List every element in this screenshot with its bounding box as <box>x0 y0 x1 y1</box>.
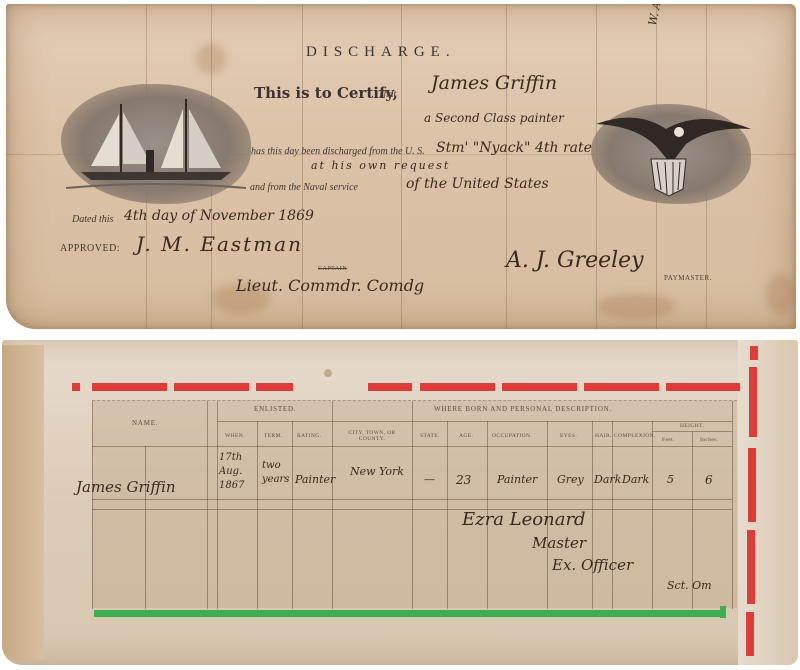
stain <box>196 44 226 74</box>
red-border-segment <box>72 383 80 391</box>
paymaster-label: PAYMASTER. <box>664 274 712 282</box>
header-eyes: EYES. <box>560 433 577 439</box>
red-border-segment <box>92 383 167 391</box>
grid-line <box>257 421 258 609</box>
annotation-title: Ex. Officer <box>552 556 633 574</box>
eagle-engraving <box>591 104 751 204</box>
red-border-segment <box>584 383 659 391</box>
red-border-segment <box>256 383 293 391</box>
grid-line <box>612 421 613 609</box>
cell-name: James Griffin <box>76 478 176 496</box>
cell-complexion: Dark <box>622 473 649 486</box>
header-term: TERM. <box>264 433 283 439</box>
discharged-text: has this day been discharged from the U.… <box>251 146 425 157</box>
red-border-segment <box>748 448 756 522</box>
header-name: NAME. <box>132 419 158 427</box>
punch-hole <box>324 369 332 377</box>
header-hair: HAIR. <box>595 433 612 439</box>
cell-height-inches: 6 <box>705 473 713 487</box>
red-border-segment <box>747 530 755 604</box>
naval-service-text: and from the Naval service <box>250 182 358 193</box>
left-flap <box>2 345 44 660</box>
descriptive-table: NAME. ENLISTED. WHERE BORN AND PERSONAL … <box>92 400 737 608</box>
red-border-segment <box>750 346 758 360</box>
captain-label: CAPTAIN <box>318 266 347 272</box>
red-border-segment <box>174 383 249 391</box>
header-state: STATE. <box>420 433 440 439</box>
cell-occupation: Painter <box>497 473 537 486</box>
grid-line <box>292 421 293 609</box>
fold-line <box>506 4 507 329</box>
header-feet: Feet. <box>662 437 675 443</box>
cell-rating: Painter <box>295 473 335 486</box>
header-complexion: COMPLEXION. <box>614 433 656 439</box>
header-rating: RATING. <box>297 433 321 439</box>
header-occupation: OCCUPATION. <box>492 433 532 439</box>
grid-line <box>592 421 593 609</box>
red-border-segment <box>746 612 754 656</box>
approver-rank: Lieut. Commdr. Comdg <box>236 276 424 295</box>
approved-label: APPROVED: <box>60 243 120 254</box>
red-border-segment <box>749 367 757 437</box>
grid-line <box>92 401 93 609</box>
red-border-segment <box>666 383 740 391</box>
cell-term: two years <box>262 459 292 487</box>
red-border-segment <box>420 383 495 391</box>
margin-note: W. A. Towne <box>646 4 673 27</box>
cell-height-feet: 5 <box>667 473 674 486</box>
descriptive-list-sheet: NAME. ENLISTED. WHERE BORN AND PERSONAL … <box>2 340 798 665</box>
header-personal: WHERE BORN AND PERSONAL DESCRIPTION. <box>434 405 612 413</box>
header-city: CITY, TOWN, OR COUNTY. <box>336 430 408 442</box>
annotation-officer: Ezra Leonard <box>462 509 586 530</box>
paymaster-signature: A. J. Greeley <box>506 248 644 273</box>
discharge-reason: at his own request <box>311 159 450 172</box>
grid-line <box>217 401 218 609</box>
grid-line <box>217 421 732 422</box>
country: of the United States <box>406 176 549 192</box>
grid-line <box>145 446 146 609</box>
header-when: WHEN. <box>225 433 245 439</box>
header-height: HEIGHT. <box>680 423 704 429</box>
red-border-segment <box>502 383 577 391</box>
grid-line <box>332 401 333 609</box>
sailor-rating: a Second Class painter <box>424 111 564 125</box>
stain <box>766 274 796 314</box>
annotation-note: Sct. Om <box>667 579 712 592</box>
grid-line <box>412 401 413 609</box>
green-border-corner <box>720 606 726 618</box>
cell-hair: Dark <box>594 473 621 486</box>
ship-icon <box>61 84 251 204</box>
eagle-icon <box>591 104 751 204</box>
cell-eyes: Grey <box>557 473 584 486</box>
header-age: AGE. <box>459 433 473 439</box>
cell-city: New York <box>350 465 404 478</box>
grid-line <box>447 421 448 609</box>
discharge-date: 4th day of November 1869 <box>124 208 314 224</box>
sailor-name: James Griffin <box>431 72 557 94</box>
cell-state: — <box>424 473 435 486</box>
document-title: DISCHARGE. <box>306 44 456 61</box>
header-enlisted: ENLISTED. <box>254 405 296 413</box>
approver-signature: J. M. Eastman <box>136 232 303 256</box>
annotation-rank: Master <box>532 534 586 552</box>
cell-age: 23 <box>456 473 471 487</box>
grid-line <box>652 421 653 609</box>
header-inches: Inches. <box>700 437 719 443</box>
red-border-segment <box>368 383 412 391</box>
grid-line <box>732 401 733 609</box>
stain <box>596 294 676 319</box>
dated-label: Dated this <box>72 214 113 225</box>
certify-heading: This is to Certify, <box>254 84 398 102</box>
that-label: That <box>378 89 396 100</box>
cell-when: 17th Aug. 1867 <box>219 451 253 493</box>
grid-line <box>207 401 208 609</box>
ship-engraving <box>61 84 251 204</box>
discharge-certificate: DISCHARGE. This is to Certify, That Jame… <box>6 4 796 329</box>
vessel-name: Stm' "Nyack" 4th rate <box>436 140 592 156</box>
green-border <box>94 610 724 617</box>
